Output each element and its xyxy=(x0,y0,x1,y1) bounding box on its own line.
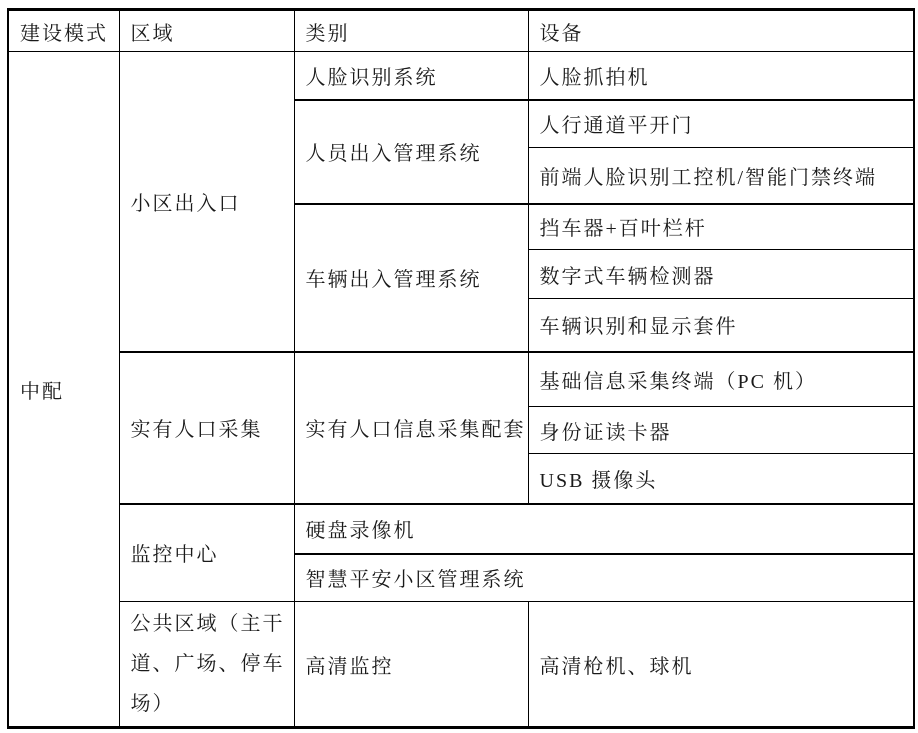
table-row: 实有人口采集 实有人口信息采集配套 基础信息采集终端（PC 机） xyxy=(8,352,914,407)
cell-area-actual-population-collection: 实有人口采集 xyxy=(119,352,294,504)
equipment-spec-table: 建设模式 区域 类别 设备 中配 小区出入口 人脸识别系统 人脸抓拍机 人员出入… xyxy=(7,8,915,729)
cell-build-mode: 中配 xyxy=(8,52,119,728)
cell-device-basic-info-collection-terminal: 基础信息采集终端（PC 机） xyxy=(528,352,914,407)
cell-device-id-card-reader: 身份证读卡器 xyxy=(528,407,914,454)
cell-device-barrier-gate: 挡车器+百叶栏杆 xyxy=(528,204,914,250)
cell-device-hd-bullet-dome-camera: 高清枪机、球机 xyxy=(528,602,914,728)
cell-device-front-face-recognition-terminal: 前端人脸识别工控机/智能门禁终端 xyxy=(528,148,914,204)
table-row: 监控中心 硬盘录像机 xyxy=(8,504,914,554)
cell-device-face-capture-camera: 人脸抓拍机 xyxy=(528,52,914,100)
cell-category-hd-monitoring: 高清监控 xyxy=(294,602,528,728)
document-page: 建设模式 区域 类别 设备 中配 小区出入口 人脸识别系统 人脸抓拍机 人员出入… xyxy=(0,0,918,733)
cell-device-usb-camera: USB 摄像头 xyxy=(528,454,914,504)
cell-device-hdd-video-recorder: 硬盘录像机 xyxy=(294,504,914,554)
cell-area-community-entrance: 小区出入口 xyxy=(119,52,294,352)
header-cell-area: 区域 xyxy=(119,10,294,52)
cell-category-population-info-collection-kit: 实有人口信息采集配套 xyxy=(294,352,528,504)
cell-device-vehicle-recognition-display-kit: 车辆识别和显示套件 xyxy=(528,299,914,352)
header-cell-device: 设备 xyxy=(528,10,914,52)
cell-area-monitoring-center: 监控中心 xyxy=(119,504,294,602)
cell-device-smart-safe-community-management-system: 智慧平安小区管理系统 xyxy=(294,554,914,602)
table-header-row: 建设模式 区域 类别 设备 xyxy=(8,10,914,52)
header-cell-category: 类别 xyxy=(294,10,528,52)
cell-area-public-area: 公共区域（主干道、广场、停车场） xyxy=(119,602,294,728)
table-row: 公共区域（主干道、广场、停车场） 高清监控 高清枪机、球机 xyxy=(8,602,914,728)
cell-device-digital-vehicle-detector: 数字式车辆检测器 xyxy=(528,250,914,299)
cell-category-personnel-access-system: 人员出入管理系统 xyxy=(294,100,528,204)
cell-device-pedestrian-swing-gate: 人行通道平开门 xyxy=(528,100,914,148)
header-cell-build-mode: 建设模式 xyxy=(8,10,119,52)
cell-category-face-recognition-system: 人脸识别系统 xyxy=(294,52,528,100)
table-row: 中配 小区出入口 人脸识别系统 人脸抓拍机 xyxy=(8,52,914,100)
cell-category-vehicle-access-system: 车辆出入管理系统 xyxy=(294,204,528,352)
